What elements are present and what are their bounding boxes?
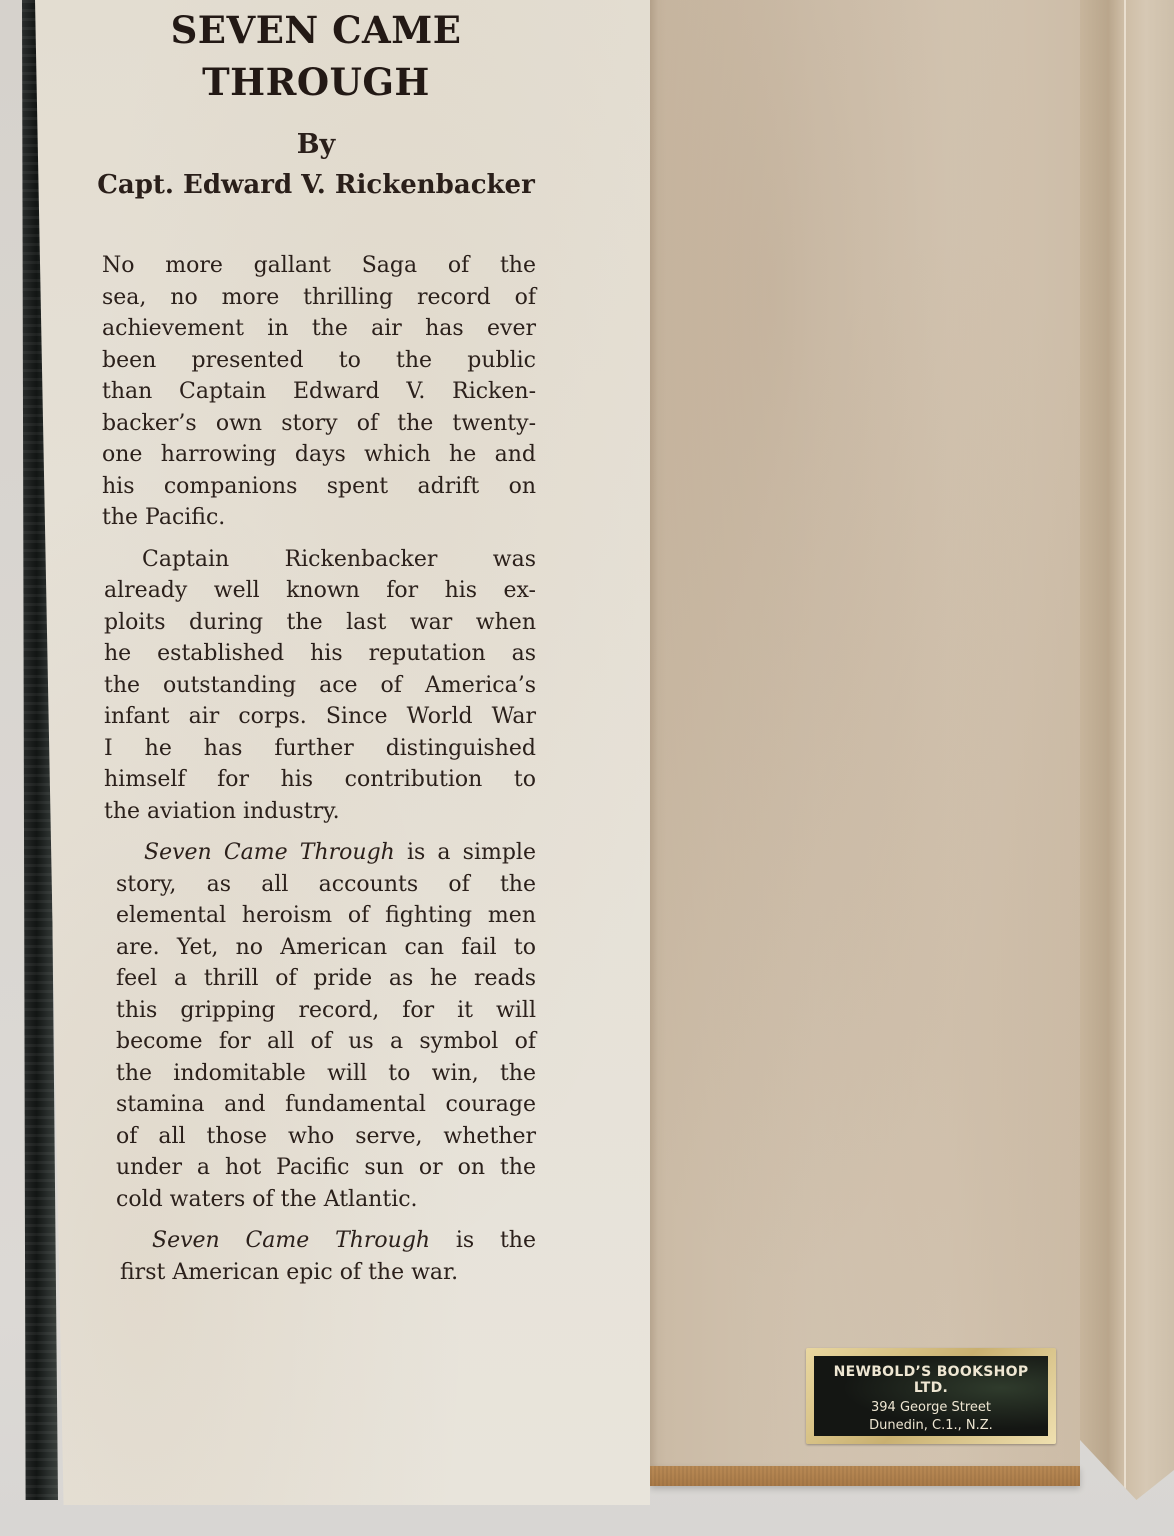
- text-line: story, as all accounts of the: [116, 869, 536, 901]
- endpaper-fold: [1080, 0, 1174, 1500]
- byline-by: By: [96, 128, 536, 162]
- italic-book-title: Seven Came Through: [152, 1228, 430, 1253]
- text-line: infant air corps. Since World War: [104, 701, 536, 733]
- italic-book-title: Seven Came Through: [144, 840, 395, 865]
- text-line: the outstanding ace of America’s: [104, 670, 536, 702]
- text-line: the aviation industry.: [104, 796, 536, 828]
- text-line: the indomitable will to win, the: [116, 1058, 536, 1090]
- title-line-1: SEVEN CAME: [96, 4, 536, 56]
- blurb-paragraph-3: Seven Came Through is a simple story, as…: [96, 837, 536, 1215]
- jacket-flap-text: SEVEN CAME THROUGH By Capt. Edward V. Ri…: [96, 0, 536, 1288]
- blurb-paragraph-2: Captain Rickenbacker was already well kn…: [96, 544, 536, 828]
- text-fragment: is a simple: [395, 840, 536, 865]
- text-line: this gripping record, for it will: [116, 995, 536, 1027]
- bookseller-city: Dunedin, C.1., N.Z.: [814, 1418, 1048, 1433]
- text-line: elemental heroism of fighting men: [116, 900, 536, 932]
- text-line: he established his reputation as: [104, 638, 536, 670]
- text-line: Captain Rickenbacker was: [104, 544, 536, 576]
- text-line: achievement in the air has ever: [102, 313, 536, 345]
- text-fragment: is the: [430, 1228, 536, 1253]
- text-line: than Captain Edward V. Ricken-: [102, 376, 536, 408]
- text-line: the Pacific.: [102, 502, 536, 534]
- text-line: under a hot Pacific sun or on the: [116, 1152, 536, 1184]
- bookseller-name: NEWBOLD’S BOOKSHOP LTD.: [814, 1364, 1048, 1396]
- bookseller-label: NEWBOLD’S BOOKSHOP LTD. 394 George Stree…: [806, 1348, 1056, 1444]
- title-line-2: THROUGH: [96, 56, 536, 108]
- text-line: feel a thrill of pride as he reads: [116, 963, 536, 995]
- text-line: Seven Came Through is a simple: [116, 837, 536, 869]
- text-line: sea, no more thrilling record of: [102, 282, 536, 314]
- text-line: No more gallant Saga of the: [102, 250, 536, 282]
- author-name: Capt. Edward V. Rickenbacker: [96, 168, 536, 202]
- text-line: of all those who serve, whether: [116, 1121, 536, 1153]
- text-line: cold waters of the Atlantic.: [116, 1184, 536, 1216]
- blurb-paragraph-1: No more gallant Saga of the sea, no more…: [96, 250, 536, 534]
- text-line: backer’s own story of the twenty-: [102, 408, 536, 440]
- text-line: I he has further distinguished: [104, 733, 536, 765]
- text-line: first American epic of the war.: [120, 1257, 536, 1289]
- book-title: SEVEN CAME THROUGH: [96, 4, 536, 108]
- cloth-board-edge: [650, 1466, 1080, 1486]
- text-line: been presented to the public: [102, 345, 536, 377]
- text-line: his companions spent adrift on: [102, 471, 536, 503]
- text-line: himself for his contribution to: [104, 764, 536, 796]
- bookseller-street: 394 George Street: [814, 1400, 1048, 1415]
- book-endpaper: [640, 0, 1080, 1468]
- text-line: already well known for his ex-: [104, 575, 536, 607]
- bookseller-label-plate: NEWBOLD’S BOOKSHOP LTD. 394 George Stree…: [814, 1356, 1048, 1436]
- text-line: Seven Came Through is the: [120, 1225, 536, 1257]
- text-line: one harrowing days which he and: [102, 439, 536, 471]
- text-line: are. Yet, no American can fail to: [116, 932, 536, 964]
- text-line: become for all of us a symbol of: [116, 1026, 536, 1058]
- text-line: ploits during the last war when: [104, 607, 536, 639]
- blurb-paragraph-4: Seven Came Through is the first American…: [96, 1225, 536, 1288]
- text-line: stamina and fundamental courage: [116, 1089, 536, 1121]
